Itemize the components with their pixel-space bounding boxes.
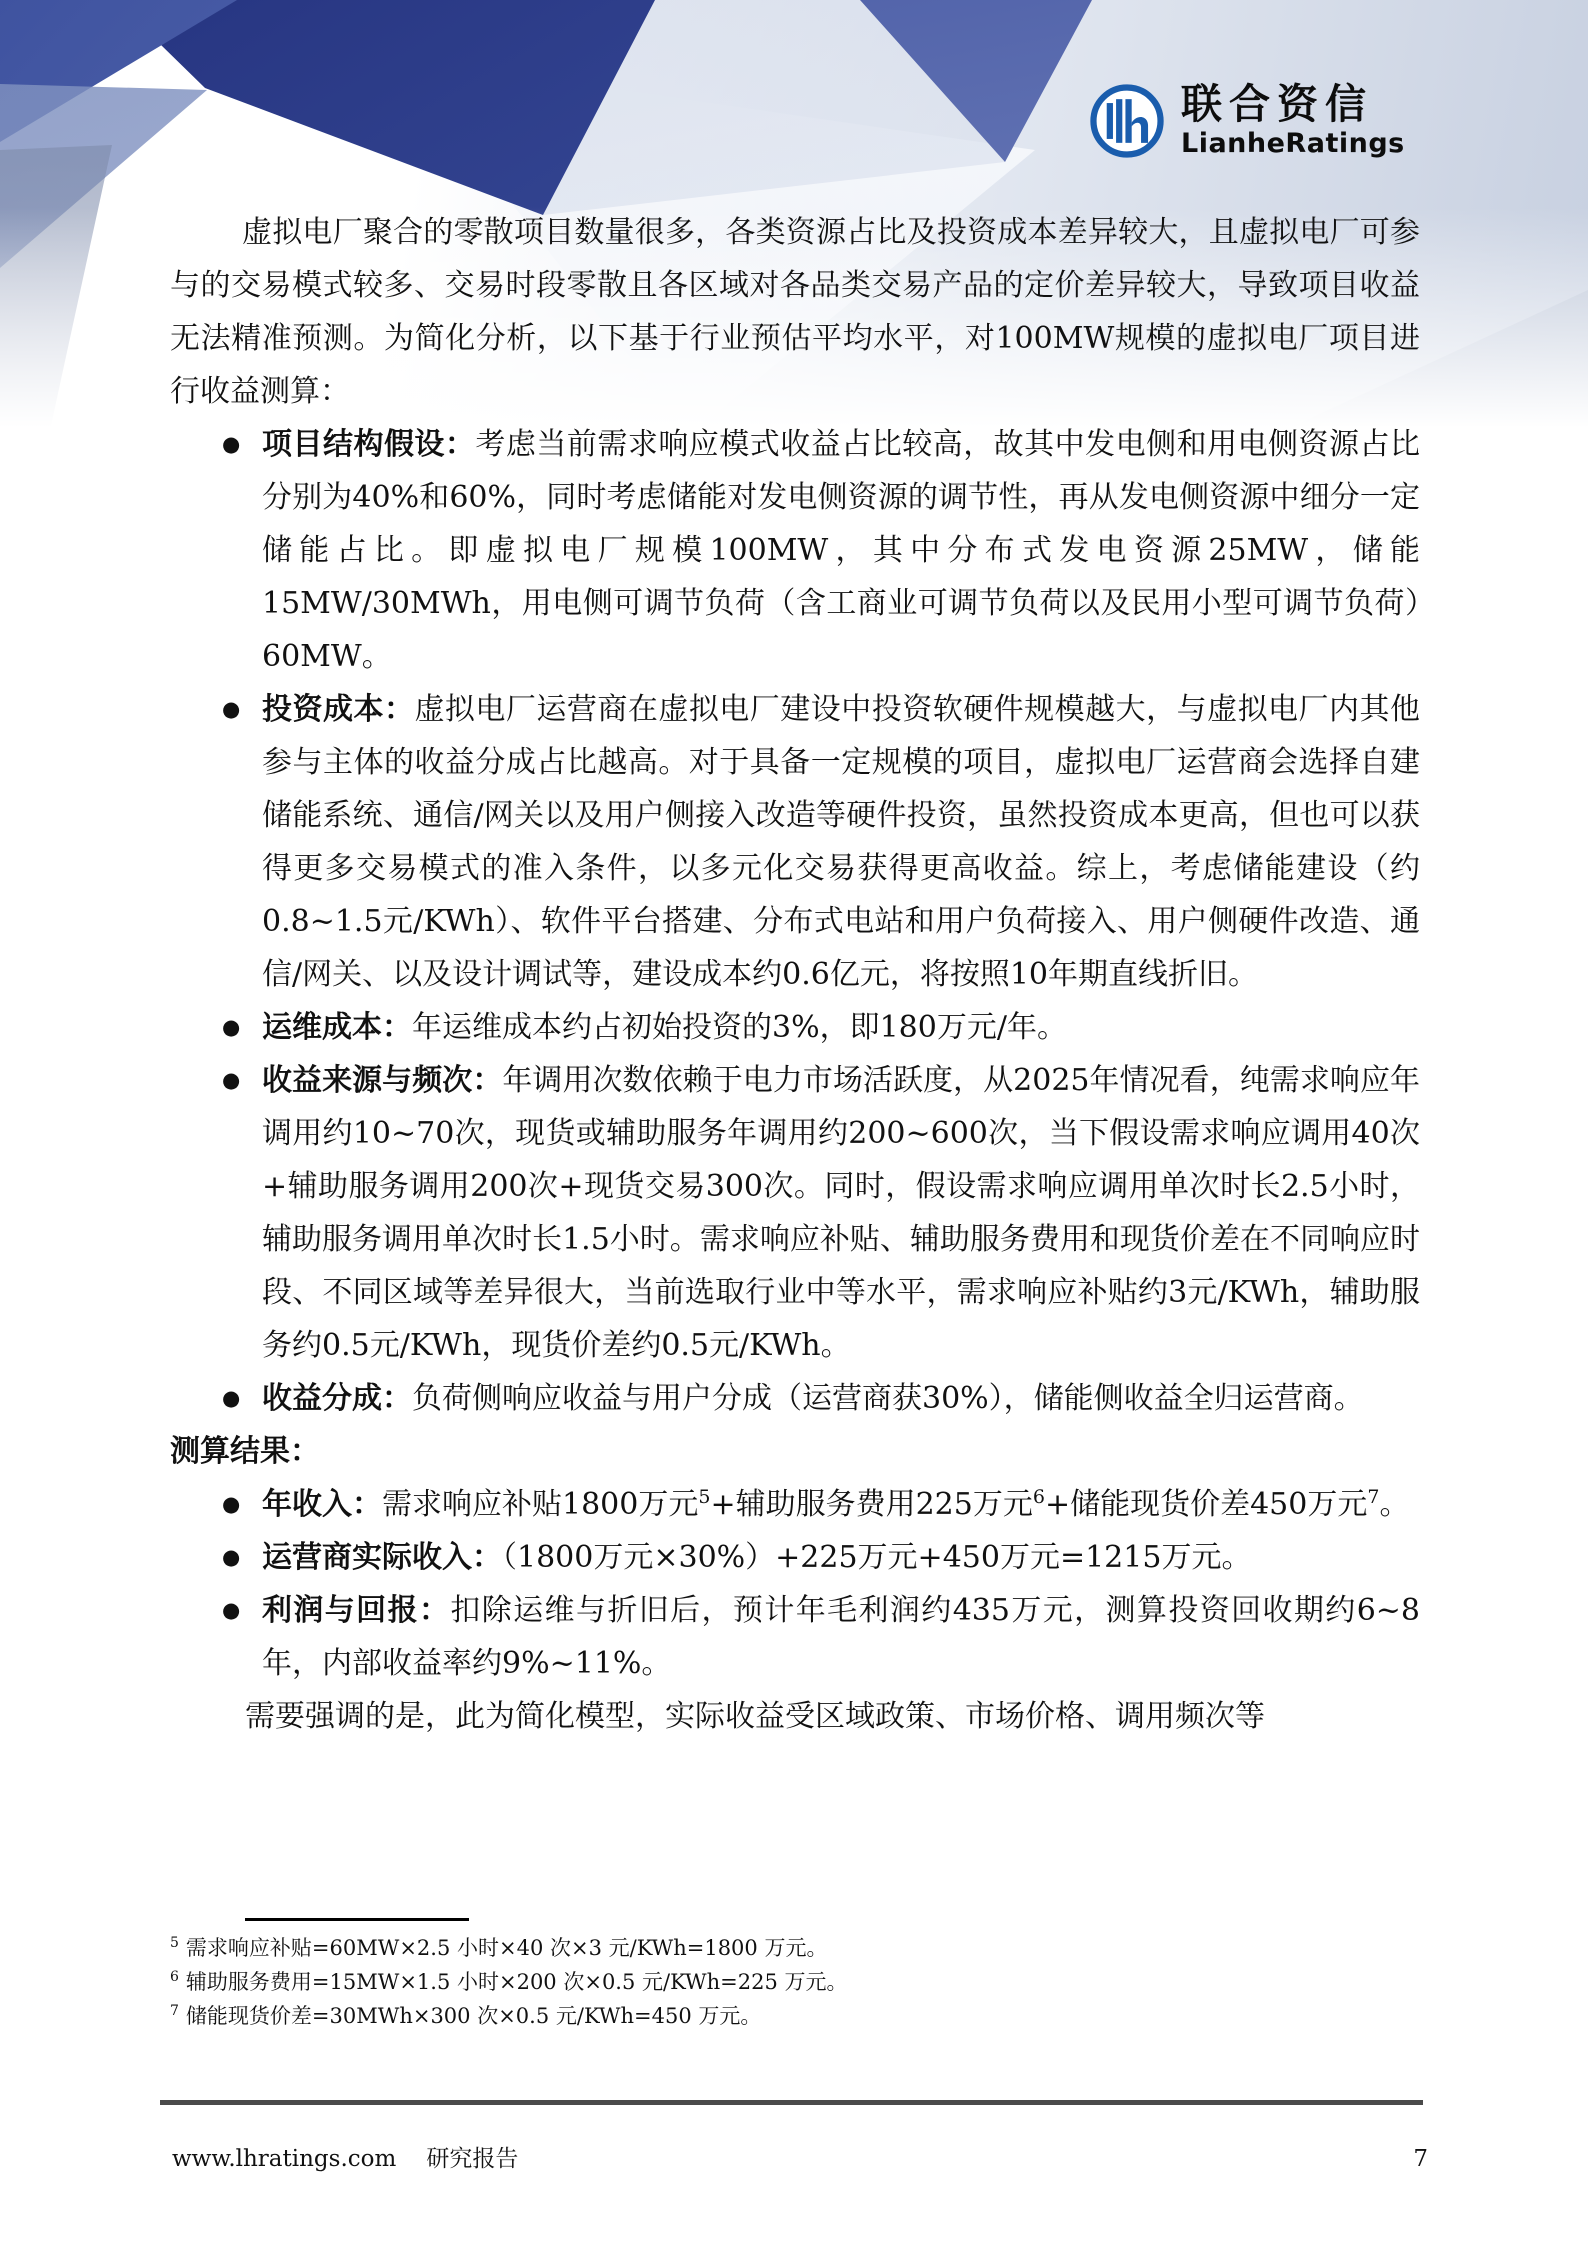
lianhe-logo-icon (1088, 82, 1166, 164)
result-bullet: ●运营商实际收入：（1800万元×30%）+225万元+450万元=1215万元… (262, 1531, 1420, 1584)
assumption-bullet: ●项目结构假设：考虑当前需求响应模式收益占比较高，故其中发电侧和用电侧资源占比分… (262, 418, 1420, 683)
bullet-icon: ● (222, 1372, 240, 1425)
bullet-label: 投资成本： (262, 692, 414, 727)
bullet-label: 年收入： (262, 1487, 382, 1522)
assumption-bullet: ●收益来源与频次：年调用次数依赖于电力市场活跃度，从2025年情况看，纯需求响应… (262, 1054, 1420, 1372)
footnote-separator (245, 1918, 469, 1921)
footnote-number: 6 (170, 1969, 179, 1985)
bullet-label: 利润与回报： (262, 1593, 450, 1628)
bullet-icon: ● (222, 418, 240, 471)
company-logo: 联合资信 LianheRatings (1088, 82, 1405, 164)
bullet-icon: ● (222, 1001, 240, 1054)
document-page: 联合资信 LianheRatings 虚拟电厂聚合的零散项目数量很多，各类资源占… (0, 0, 1588, 2245)
bullet-icon: ● (222, 1478, 240, 1531)
footnote-reference: 6 (1033, 1486, 1045, 1508)
footnote-item: 7储能现货价差=30MWh×300 次×0.5 元/KWh=450 万元。 (170, 1999, 1420, 2033)
bullet-label: 运维成本： (262, 1010, 412, 1045)
closing-paragraph: 需要强调的是，此为简化模型，实际收益受区域政策、市场价格、调用频次等 (170, 1690, 1420, 1743)
bullet-label: 运营商实际收入： (262, 1540, 502, 1575)
footnote-item: 5需求响应补贴=60MW×2.5 小时×40 次×3 元/KWh=1800 万元… (170, 1931, 1420, 1965)
result-bullet: ●年收入：需求响应补贴1800万元5+辅助服务费用225万元6+储能现货价差45… (262, 1478, 1420, 1531)
footnote-item: 6辅助服务费用=15MW×1.5 小时×200 次×0.5 元/KWh=225 … (170, 1965, 1420, 1999)
footnote-reference: 7 (1367, 1486, 1379, 1508)
intro-paragraph: 虚拟电厂聚合的零散项目数量很多，各类资源占比及投资成本差异较大，且虚拟电厂可参与… (170, 206, 1420, 418)
footer-rule (160, 2100, 1423, 2105)
bullet-icon: ● (222, 683, 240, 736)
footnote-reference: 5 (698, 1486, 710, 1508)
footer-website: www.lhratings.com (172, 2146, 396, 2172)
bullet-label: 收益分成： (262, 1381, 412, 1416)
footer-doc-type: 研究报告 (426, 2140, 518, 2173)
page-number: 7 (1413, 2146, 1428, 2172)
bullet-icon: ● (222, 1531, 240, 1584)
assumptions-list: ●项目结构假设：考虑当前需求响应模式收益占比较高，故其中发电侧和用电侧资源占比分… (170, 418, 1420, 1425)
bullet-label: 收益来源与频次： (262, 1063, 502, 1098)
logo-english-name: LianheRatings (1181, 128, 1405, 159)
footnote-number: 7 (170, 2003, 179, 2019)
main-content: 虚拟电厂聚合的零散项目数量很多，各类资源占比及投资成本差异较大，且虚拟电厂可参与… (170, 206, 1420, 1743)
page-footer: www.lhratings.com 研究报告 7 (172, 2140, 1428, 2173)
assumption-bullet: ●投资成本：虚拟电厂运营商在虚拟电厂建设中投资软硬件规模越大，与虚拟电厂内其他参… (262, 683, 1420, 1001)
results-heading: 测算结果： (170, 1425, 1420, 1478)
bullet-icon: ● (222, 1584, 240, 1637)
footnote-list: 5需求响应补贴=60MW×2.5 小时×40 次×3 元/KWh=1800 万元… (170, 1931, 1420, 2033)
bullet-label: 项目结构假设： (262, 427, 475, 462)
assumption-bullet: ●运维成本：年运维成本约占初始投资的3%，即180万元/年。 (262, 1001, 1420, 1054)
results-list: ●年收入：需求响应补贴1800万元5+辅助服务费用225万元6+储能现货价差45… (170, 1478, 1420, 1690)
bullet-icon: ● (222, 1054, 240, 1107)
assumption-bullet: ●收益分成：负荷侧响应收益与用户分成（运营商获30%），储能侧收益全归运营商。 (262, 1372, 1420, 1425)
logo-chinese-name: 联合资信 (1181, 82, 1405, 126)
footnote-number: 5 (170, 1935, 179, 1951)
result-bullet: ●利润与回报：扣除运维与折旧后，预计年毛利润约435万元，测算投资回收期约6~8… (262, 1584, 1420, 1690)
footnotes-section: 5需求响应补贴=60MW×2.5 小时×40 次×3 元/KWh=1800 万元… (170, 1918, 1420, 2033)
